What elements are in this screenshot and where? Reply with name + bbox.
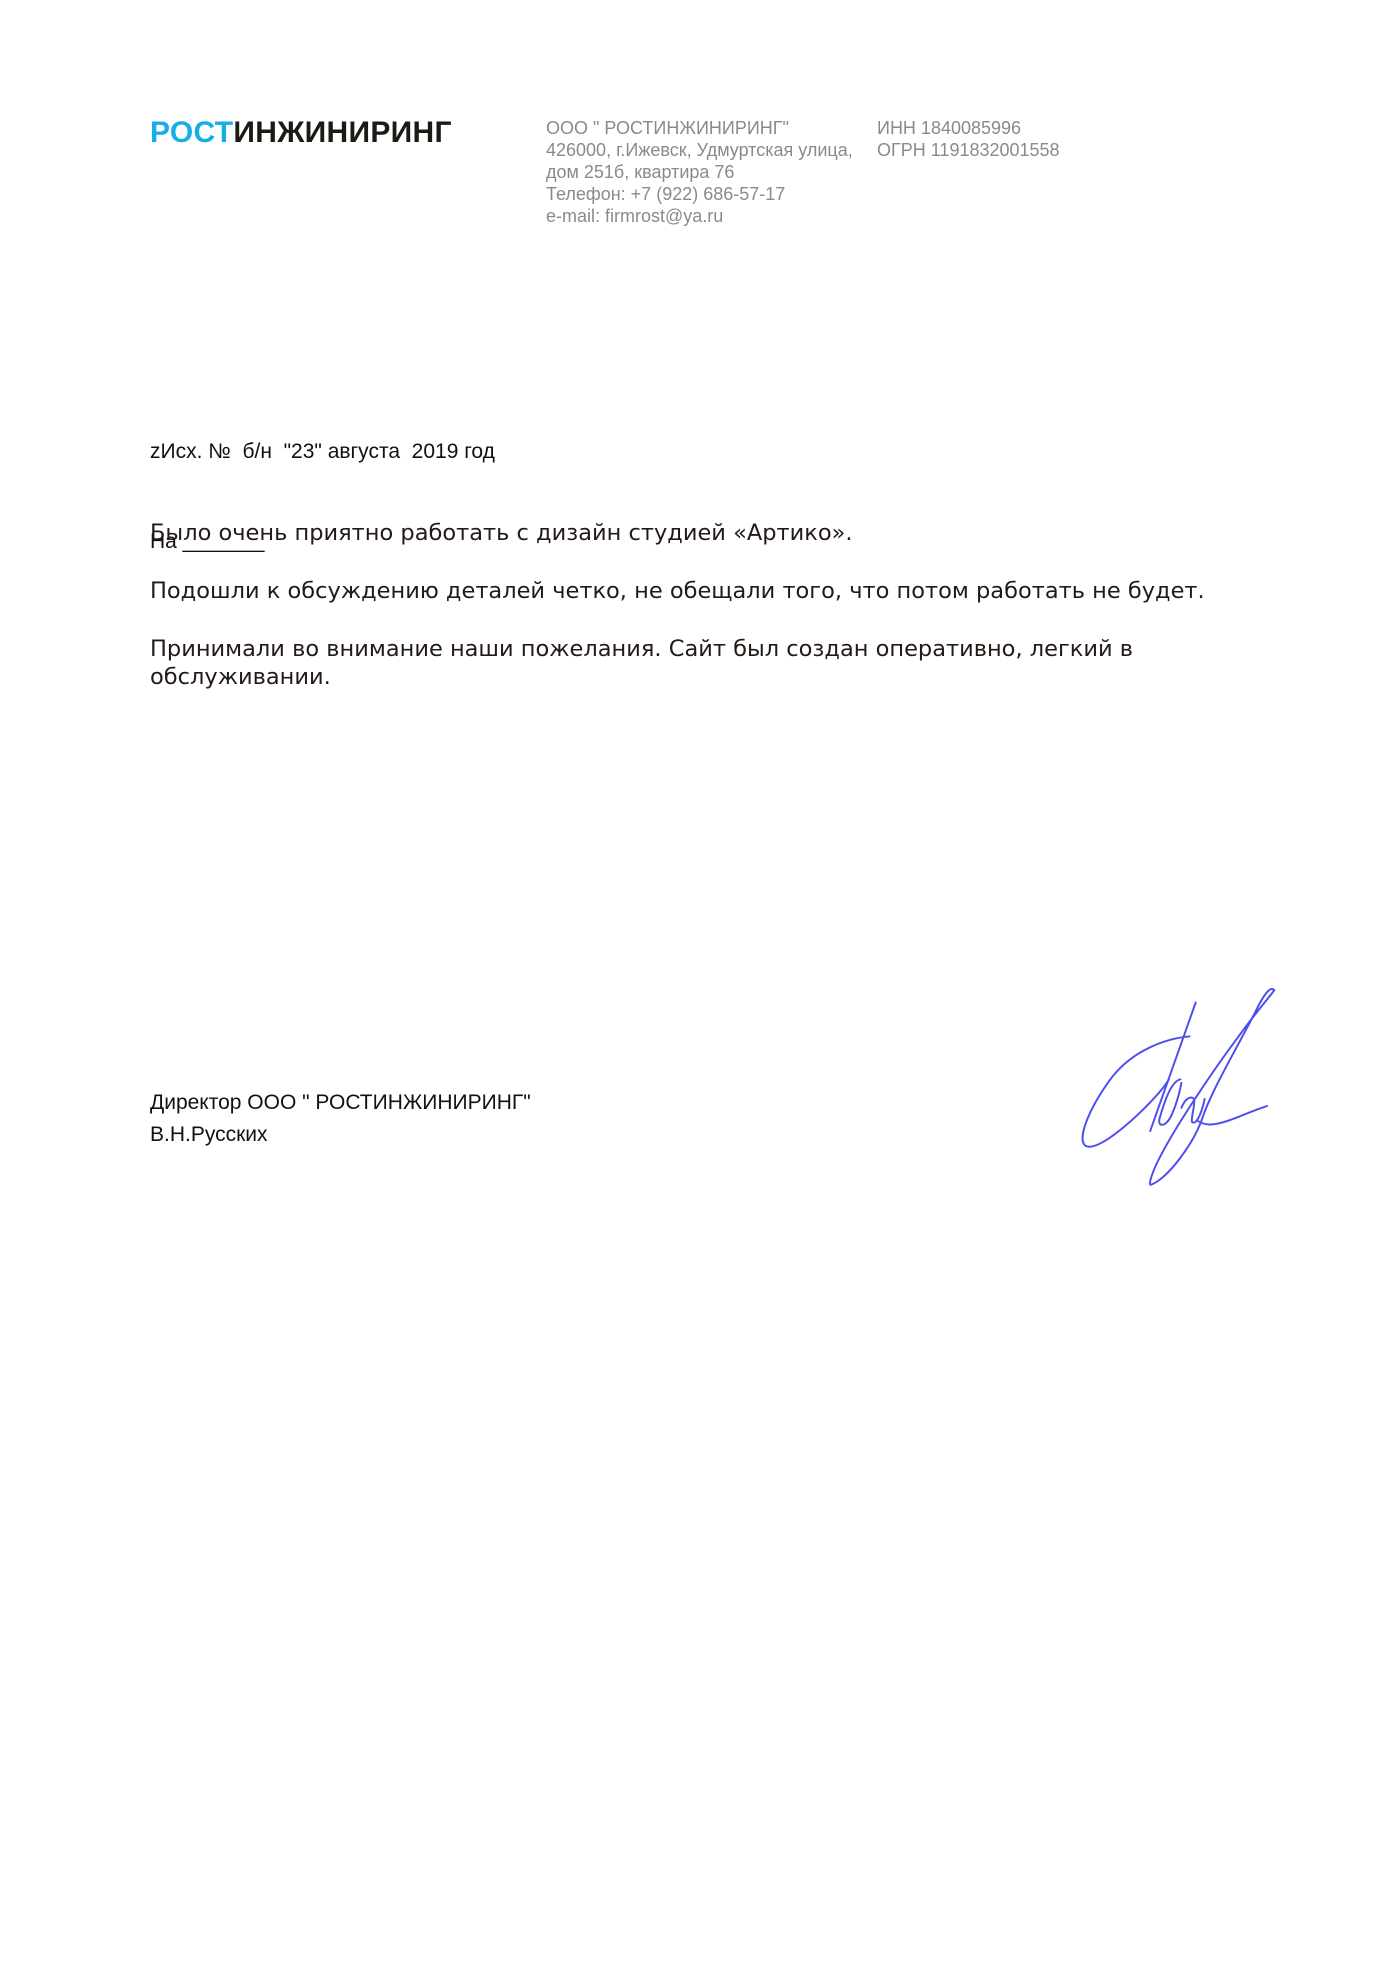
logo-part-engineering: ИНЖИНИРИНГ [233,116,451,149]
body-paragraph: Принимали во внимание наши пожелания. Са… [150,635,1230,691]
signatory-position: Директор ООО " РОСТИНЖИНИРИНГ" [150,1087,531,1119]
company-contacts: ООО " РОСТИНЖИНИРИНГ" 426000, г.Ижевск, … [546,117,853,227]
signatory-block: Директор ООО " РОСТИНЖИНИРИНГ" В.Н.Русск… [150,1087,531,1151]
letter-body: Было очень приятно работать с дизайн сту… [150,519,1230,721]
body-paragraph: Подошли к обсуждению деталей четко, не о… [150,577,1230,605]
address-line-2: дом 251б, квартира 76 [546,161,853,183]
company-registration: ИНН 1840085996 ОГРН 1191832001558 [877,117,1060,161]
signatory-name: В.Н.Русских [150,1119,531,1151]
ogrn-line: ОГРН 1191832001558 [877,139,1060,161]
logo-part-rost: РОСТ [150,116,233,149]
address-line-1: 426000, г.Ижевск, Удмуртская улица, [546,139,853,161]
outgoing-reference: zИсх. № б/н "23" августа 2019 год [150,437,495,467]
body-paragraph: Было очень приятно работать с дизайн сту… [150,519,1230,547]
company-name-line: ООО " РОСТИНЖИНИРИНГ" [546,117,853,139]
email-line: e-mail: firmrost@ya.ru [546,205,853,227]
company-logo: РОСТИНЖИНИРИНГ [150,116,452,150]
letter-page: РОСТИНЖИНИРИНГ ООО " РОСТИНЖИНИРИНГ" 426… [0,0,1400,1980]
phone-line: Телефон: +7 (922) 686-57-17 [546,183,853,205]
inn-line: ИНН 1840085996 [877,117,1060,139]
signature-icon [1060,965,1310,1215]
